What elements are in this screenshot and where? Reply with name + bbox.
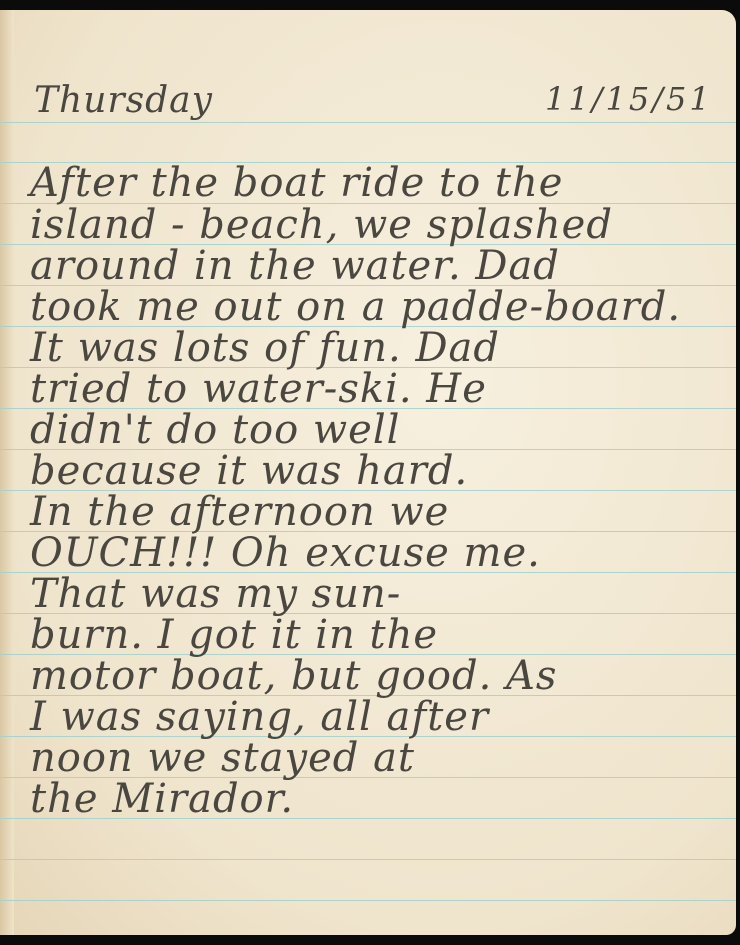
text-line: burn. I got it in the bbox=[30, 612, 438, 658]
text-line: noon we stayed at bbox=[30, 735, 415, 781]
text-line: motor boat, but good. As bbox=[30, 653, 557, 699]
text-line: the Mirador. bbox=[30, 776, 294, 822]
text-line: island - beach, we splashed bbox=[30, 202, 613, 248]
text-line: OUCH!!! Oh excuse me. bbox=[30, 530, 541, 576]
text-line: After the boat ride to the bbox=[30, 160, 563, 206]
text-line: I was saying, all after bbox=[30, 694, 489, 740]
text-line: In the afternoon we bbox=[30, 489, 449, 535]
page-binding-edge bbox=[0, 10, 14, 935]
ruled-line bbox=[0, 900, 736, 901]
entry-date: 11/15/51 bbox=[545, 80, 713, 118]
text-line: That was my sun- bbox=[30, 571, 401, 617]
ruled-line bbox=[0, 859, 736, 860]
ruled-line bbox=[0, 122, 736, 123]
text-line: tried to water-ski. He bbox=[30, 366, 487, 412]
entry-heading: Thursday bbox=[34, 80, 213, 121]
text-line: It was lots of fun. Dad bbox=[30, 325, 500, 371]
notebook-page: Thursday 11/15/51 After the boat ride to… bbox=[0, 10, 736, 935]
text-line: didn't do too well bbox=[30, 407, 400, 453]
text-line: took me out on a padde-board. bbox=[30, 284, 681, 330]
text-line: because it was hard. bbox=[30, 448, 468, 494]
text-line: around in the water. Dad bbox=[30, 243, 560, 289]
